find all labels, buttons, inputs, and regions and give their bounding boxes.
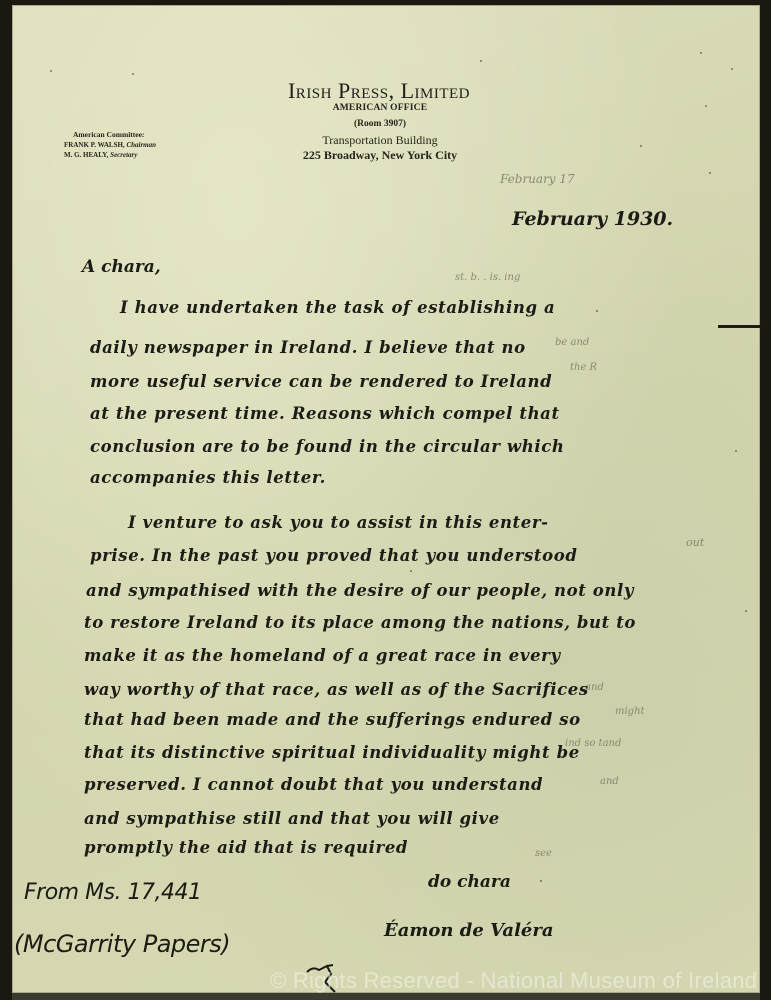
letter-line: and sympathised with the desire of our p…	[86, 581, 634, 600]
archive-reference: From Ms. 17,441	[24, 880, 202, 905]
committee-member-role: Chairman	[126, 141, 156, 149]
committee-member: FRANK P. WALSH, Chairman	[64, 140, 156, 150]
committee-block: American Committee: FRANK P. WALSH, Chai…	[64, 130, 156, 160]
committee-member: M. G. HEALY, Secretary	[64, 150, 156, 160]
copyright-watermark: © Rights Reserved - National Museum of I…	[270, 968, 760, 994]
letter-line: to restore Ireland to its place among th…	[84, 613, 636, 632]
pencil-date-annotation: February 17	[500, 172, 575, 186]
paper-speck	[705, 105, 707, 107]
paper-speck	[700, 52, 702, 54]
letter-line: preserved. I cannot doubt that you under…	[84, 775, 543, 794]
committee-heading: American Committee:	[64, 130, 156, 140]
committee-member-name: M. G. HEALY,	[64, 151, 108, 159]
letter-line: more useful service can be rendered to I…	[90, 372, 552, 391]
page-bottom-edge	[12, 993, 760, 1000]
paper-speck	[735, 450, 737, 452]
paper-speck	[540, 880, 542, 882]
paper-speck	[596, 310, 598, 312]
letter-line: conclusion are to be found in the circul…	[90, 437, 564, 456]
archive-collection: (McGarrity Papers)	[14, 930, 230, 958]
pencil-note: be and	[555, 337, 589, 348]
paper-speck	[132, 73, 134, 75]
paper-speck	[745, 610, 747, 612]
committee-member-name: FRANK P. WALSH,	[64, 141, 125, 149]
paper-speck	[50, 70, 52, 72]
pencil-note: out	[686, 536, 704, 549]
paper-speck	[410, 570, 412, 572]
closing: do chara	[428, 872, 511, 892]
margin-ink-mark	[718, 325, 762, 328]
letter-line: I have undertaken the task of establishi…	[120, 298, 555, 317]
letter-line: promptly the aid that is required	[84, 838, 408, 857]
letter-line: make it as the homeland of a great race …	[84, 646, 561, 665]
letterhead-office: AMERICAN OFFICE	[300, 103, 460, 113]
letter-line: and sympathise still and that you will g…	[84, 809, 500, 828]
letter-line: that its distinctive spiritual individua…	[84, 743, 580, 762]
paper-speck	[480, 60, 482, 62]
pencil-note: might	[615, 706, 645, 717]
pencil-note: see	[535, 848, 552, 859]
letter-line: daily newspaper in Ireland. I believe th…	[90, 338, 526, 357]
salutation: A chara,	[82, 257, 161, 277]
letterhead-room: (Room 3907)	[320, 119, 440, 129]
pencil-note: st. b. . is. ing	[455, 272, 520, 283]
paper-speck	[640, 145, 642, 147]
paper-speck	[731, 68, 733, 70]
letter-date: February 1930.	[512, 208, 673, 230]
letter-line: way worthy of that race, as well as of t…	[84, 680, 589, 699]
letter-line: that had been made and the sufferings en…	[84, 710, 581, 729]
letter-line: prise. In the past you proved that you u…	[90, 546, 578, 565]
pencil-note: and	[600, 776, 619, 787]
paper-speck	[709, 172, 711, 174]
letter-line: accompanies this letter.	[90, 468, 326, 487]
letterhead-address: 225 Broadway, New York City	[288, 148, 472, 163]
letterhead-building: Transportation Building	[300, 133, 460, 148]
letter-line: I venture to ask you to assist in this e…	[128, 513, 549, 532]
committee-member-role: Secretary	[110, 151, 137, 159]
signature: Éamon de Valéra	[384, 920, 554, 941]
letter-line: at the present time. Reasons which compe…	[90, 404, 560, 423]
letterhead-title: Irish Press, Limited	[248, 78, 510, 104]
pencil-note: the R	[570, 362, 597, 373]
